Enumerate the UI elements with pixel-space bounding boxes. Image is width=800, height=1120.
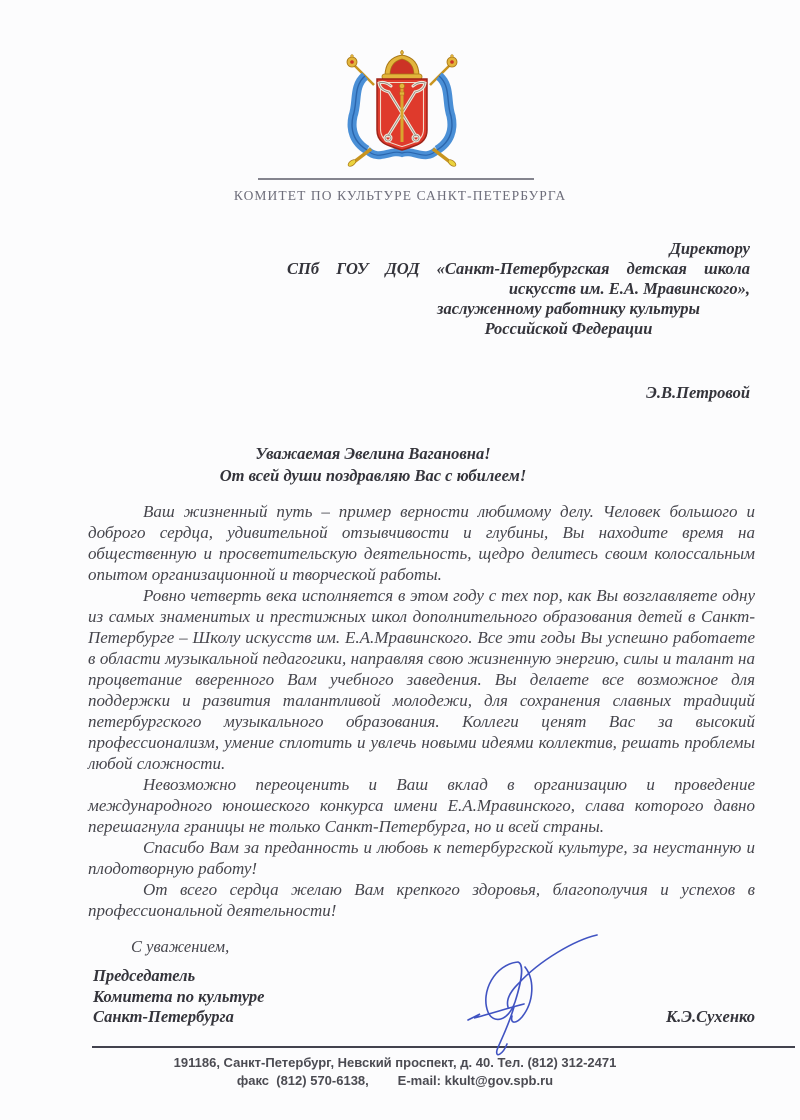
footer-address: 191186, Санкт-Петербург, Невский проспек… xyxy=(45,1055,745,1070)
signer-title-line: Комитета по культуре xyxy=(93,987,265,1008)
greeting-line: От всей души поздравляю Вас с юбилеем! xyxy=(90,465,656,487)
signer-title-line: Санкт-Петербурга xyxy=(93,1007,265,1028)
coat-of-arms-icon xyxy=(327,50,477,168)
handwritten-signature xyxy=(440,912,610,1062)
recipient-name: Э.В.Петровой xyxy=(287,383,750,403)
greeting-line: Уважаемая Эвелина Вагановна! xyxy=(90,443,656,465)
body-paragraph: Невозможно переоценить и Ваш вклад в орг… xyxy=(88,774,755,837)
addressee-line: Директору xyxy=(287,239,750,259)
footer-contacts: факс (812) 570-6138, E-mail: kkult@gov.s… xyxy=(45,1073,745,1088)
closing-salutation: С уважением, xyxy=(131,937,229,957)
signer-title-line: Председатель xyxy=(93,966,265,987)
letter-page: КОМИТЕТ ПО КУЛЬТУРЕ САНКТ-ПЕТЕРБУРГА Дир… xyxy=(0,0,800,1120)
addressee-line: Российской Федерации xyxy=(287,319,750,339)
greeting-block: Уважаемая Эвелина Вагановна! От всей душ… xyxy=(90,443,656,487)
addressee-line: искусств им. Е.А. Мравинского», xyxy=(287,279,750,299)
signer-title: Председатель Комитета по культуре Санкт-… xyxy=(93,966,265,1028)
body-paragraph: Спасибо Вам за преданность и любовь к пе… xyxy=(88,837,755,879)
addressee-line: заслуженному работнику культуры xyxy=(287,299,750,319)
addressee-block: Директору СПб ГОУ ДОД «Санкт-Петербургск… xyxy=(287,239,750,339)
letter-body: Ваш жизненный путь – пример верности люб… xyxy=(88,501,755,921)
body-paragraph: Ваш жизненный путь – пример верности люб… xyxy=(88,501,755,585)
committee-name: КОМИТЕТ ПО КУЛЬТУРЕ САНКТ-ПЕТЕРБУРГА xyxy=(0,188,800,204)
addressee-line: СПб ГОУ ДОД «Санкт-Петербургская детская… xyxy=(287,259,750,279)
letterhead-rule xyxy=(258,178,534,180)
body-paragraph: Ровно четверть века исполняется в этом г… xyxy=(88,585,755,774)
body-paragraph: От всего сердца желаю Вам крепкого здоро… xyxy=(88,879,755,921)
